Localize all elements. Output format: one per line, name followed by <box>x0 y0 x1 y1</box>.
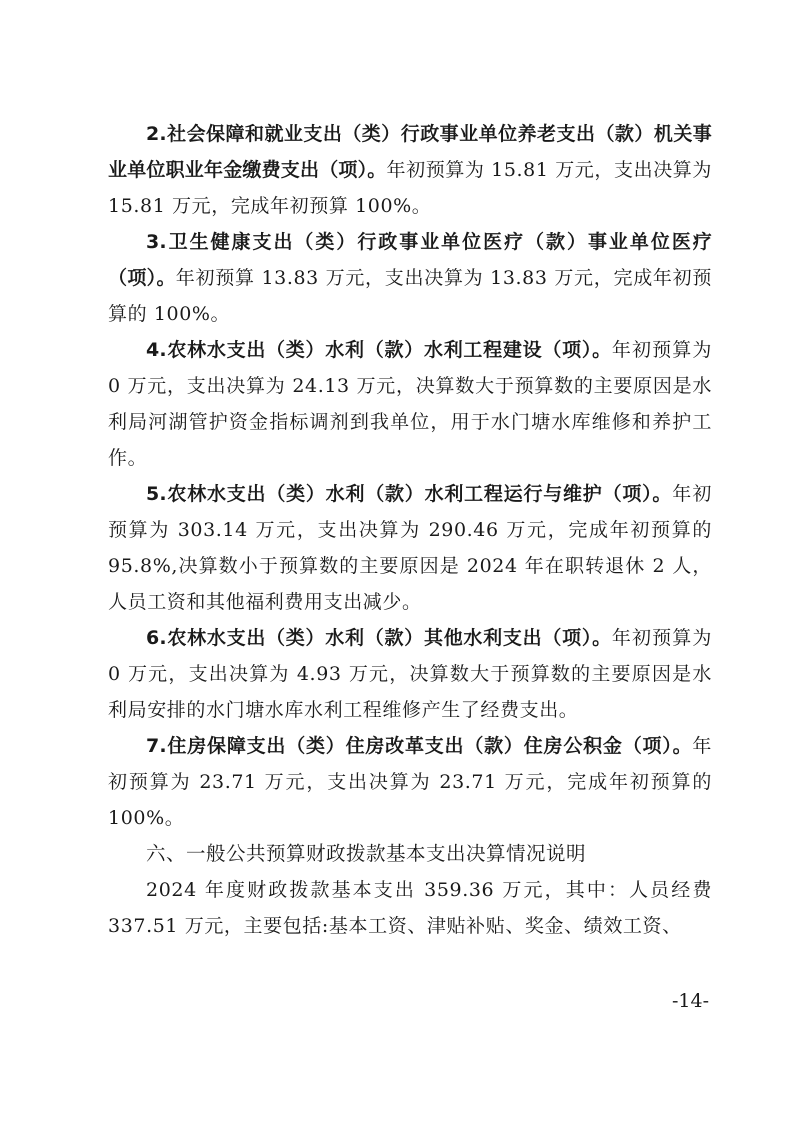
item-title: 5.农林水支出（类）水利（款）水利工程运行与维护（项）。 <box>146 483 672 505</box>
section-body: 2024 年度财政拨款基本支出 359.36 万元，其中：人员经费 337.51… <box>108 872 712 944</box>
section-heading: 六、一般公共预算财政拨款基本支出决算情况说明 <box>108 836 712 872</box>
item-4: 4.农林水支出（类）水利（款）水利工程建设（项）。年初预算为 0 万元，支出决算… <box>108 332 712 476</box>
page-number: -14- <box>672 990 709 1012</box>
item-7: 7.住房保障支出（类）住房改革支出（款）住房公积金（项）。年初预算为 23.71… <box>108 728 712 836</box>
document-page: 2.社会保障和就业支出（类）行政事业单位养老支出（款）机关事业单位职业年金缴费支… <box>108 116 712 944</box>
item-title: 6.农林水支出（类）水利（款）其他水利支出（项）。 <box>146 627 612 649</box>
item-title: 4.农林水支出（类）水利（款）水利工程建设（项）。 <box>146 339 612 361</box>
item-6: 6.农林水支出（类）水利（款）其他水利支出（项）。年初预算为 0 万元，支出决算… <box>108 620 712 728</box>
item-2: 2.社会保障和就业支出（类）行政事业单位养老支出（款）机关事业单位职业年金缴费支… <box>108 116 712 224</box>
item-5: 5.农林水支出（类）水利（款）水利工程运行与维护（项）。年初预算为 303.14… <box>108 476 712 620</box>
item-3: 3.卫生健康支出（类）行政事业单位医疗（款）事业单位医疗（项）。年初预算 13.… <box>108 224 712 332</box>
item-title: 7.住房保障支出（类）住房改革支出（款）住房公积金（项）。 <box>146 735 692 757</box>
item-body: 年初预算 13.83 万元，支出决算为 13.83 万元，完成年初预算的 100… <box>108 267 712 325</box>
